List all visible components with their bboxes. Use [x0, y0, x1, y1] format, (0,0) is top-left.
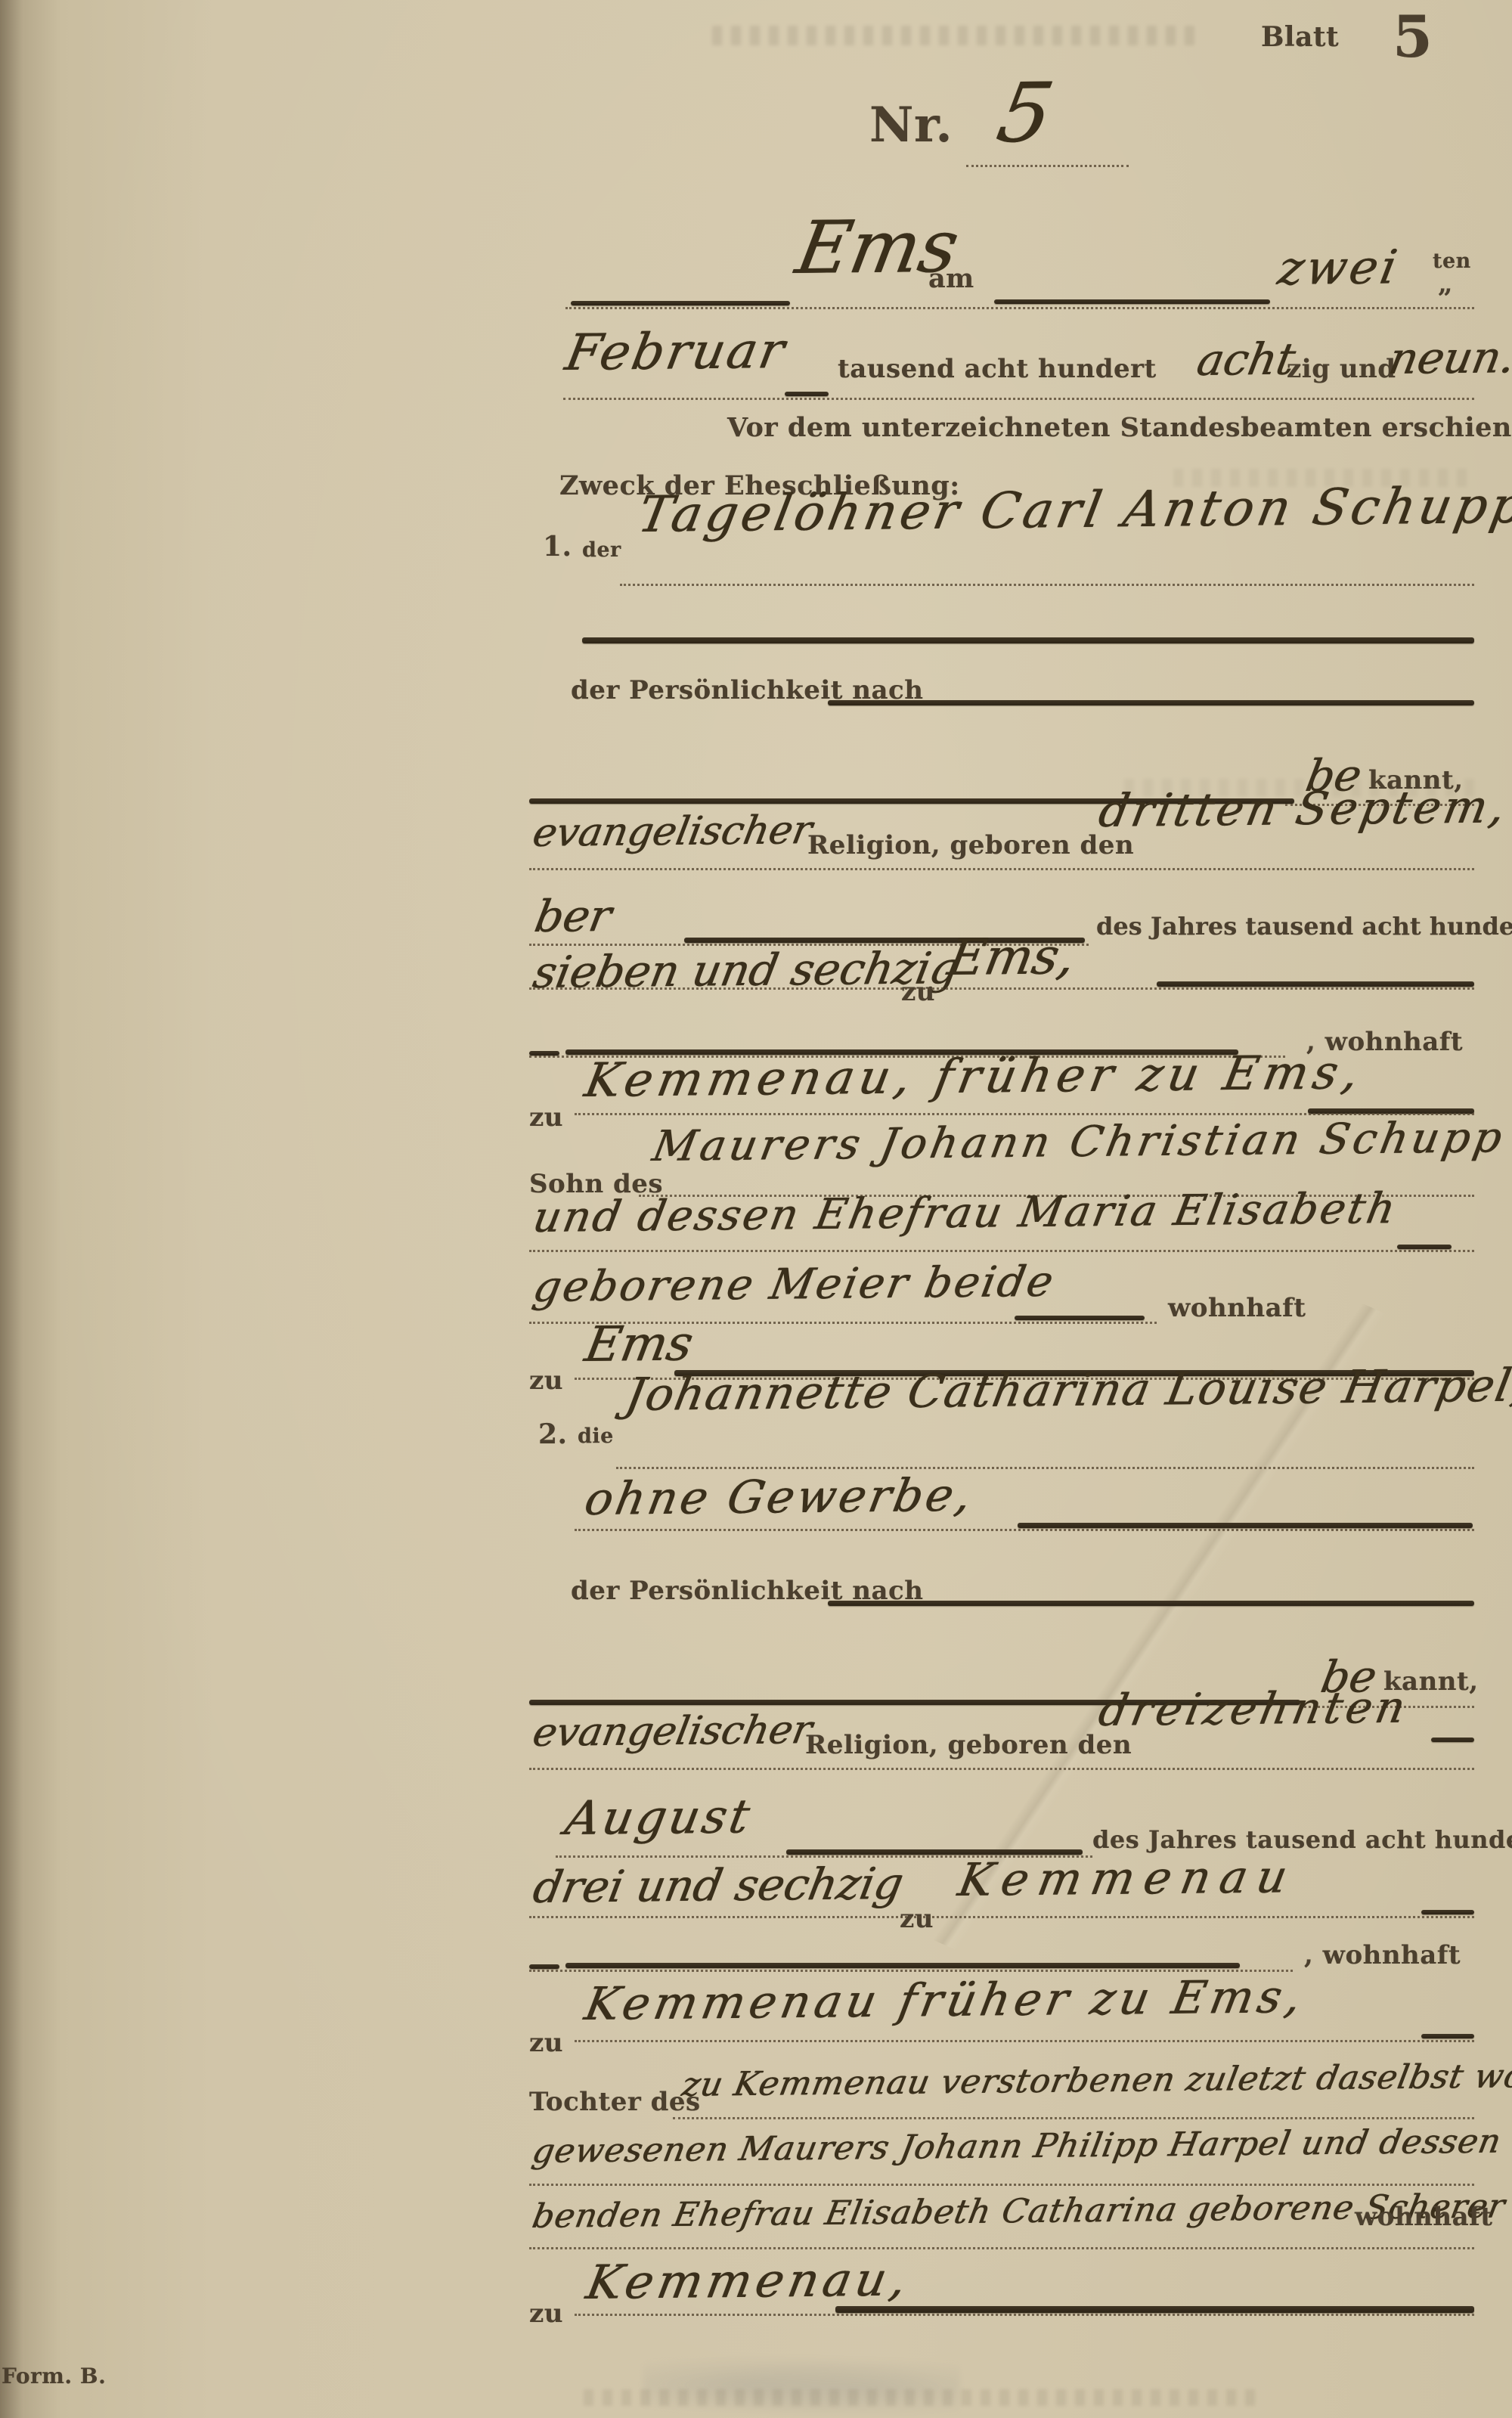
- blank-stroke: [1015, 1316, 1145, 1320]
- groom-birth-day: dritten Septem,: [1095, 780, 1512, 838]
- dateline-rule2: [563, 398, 1474, 400]
- groom-zu-label2: zu: [529, 1102, 563, 1133]
- blank-stroke: [828, 1601, 1474, 1606]
- form-rule: [575, 1529, 1474, 1531]
- bleed-through-mark: [575, 2389, 1255, 2406]
- groom-residence: Kemmenau, früher zu Ems,: [581, 1044, 1368, 1108]
- blatt-number: 5: [1393, 3, 1433, 70]
- form-rule: [620, 584, 1474, 586]
- bride-residence: Kemmenau früher zu Ems,: [581, 1970, 1309, 2031]
- bride-zu-label1: zu: [900, 1904, 934, 1934]
- bride-mother-residence: Kemmenau,: [582, 2252, 915, 2310]
- blank-stroke: [529, 1964, 559, 1969]
- dateline-day: zwei: [1274, 239, 1404, 296]
- groom-jahres-label: des Jahres tausend acht hundert: [1096, 912, 1512, 941]
- groom-index: 1.: [543, 531, 572, 563]
- dateline-am-label: am: [928, 263, 974, 294]
- bride-birth-year: drei und sechzig: [529, 1858, 907, 1913]
- bride-article: die: [578, 1424, 614, 1448]
- dateline-zigund-label: zig und: [1287, 354, 1396, 384]
- form-rule: [529, 1768, 1474, 1770]
- bride-birth-place: Kemmenau: [954, 1850, 1301, 1907]
- form-rule: [529, 987, 1474, 990]
- groom-birth-place: Ems,: [943, 927, 1080, 987]
- blank-stroke: [1421, 2034, 1474, 2038]
- form-rule: [529, 2184, 1474, 2186]
- form-number-label: Form. B.: [2, 2364, 106, 2389]
- blank-stroke: [582, 637, 1474, 643]
- dateline-month: Februar: [561, 321, 791, 382]
- blank-stroke: [828, 700, 1474, 705]
- form-rule: [529, 2247, 1474, 2249]
- bride-jahres-label: des Jahres tausend acht hundert: [1092, 1825, 1512, 1854]
- bride-wohnhaft-label1: , wohnhaft: [1304, 1940, 1461, 1970]
- groom-religion: evangelischer: [529, 808, 816, 856]
- bride-birth-month: August: [561, 1788, 757, 1846]
- form-rule: [529, 1250, 1474, 1252]
- dateline-tausend-label: tausend acht hundert: [838, 354, 1157, 384]
- blank-stroke: [994, 299, 1270, 304]
- dateline-rule: [565, 307, 1474, 309]
- bride-zu-label3: zu: [529, 2299, 563, 2329]
- record-number-value: 5: [990, 66, 1060, 161]
- form-rule: [616, 1467, 1474, 1469]
- form-rule: [575, 2040, 1474, 2042]
- dateline-quote-mark: „: [1438, 269, 1453, 299]
- blank-stroke: [1421, 1910, 1474, 1914]
- bride-tochter-label: Tochter des: [529, 2087, 701, 2117]
- groom-mother2: geborene Meier beide: [529, 1257, 1059, 1312]
- record-number-label: Nr.: [869, 97, 953, 153]
- form-rule: [673, 2117, 1474, 2119]
- intro-line1: Vor dem unterzeichneten Standesbeamten e…: [727, 412, 1512, 443]
- groom-mother1: und dessen Ehefrau Maria Elisabeth: [529, 1184, 1401, 1242]
- blank-stroke: [835, 2306, 1474, 2313]
- bride-birth-day: dreizehnten: [1095, 1682, 1413, 1736]
- groom-religion-label: Religion, geboren den: [807, 830, 1134, 860]
- bride-father-line1: zu Kemmenau verstorbenen zuletzt daselbs…: [679, 2056, 1512, 2104]
- dateline-unit: neun.: [1385, 331, 1512, 384]
- bride-occupation: ohne Gewerbe,: [581, 1469, 978, 1526]
- marriage-record-page: Blatt 5 Nr. 5 Ems am zwei ten „ Februar …: [0, 0, 1512, 2418]
- blank-stroke: [571, 301, 790, 305]
- bleed-through-stamp: [643, 2351, 960, 2418]
- blank-stroke: [1018, 1523, 1473, 1528]
- bride-wohnhaft-label2: wohnhaft: [1355, 2202, 1492, 2232]
- bride-index: 2.: [538, 1418, 568, 1450]
- groom-zu-label1: zu: [901, 977, 935, 1007]
- groom-article: der: [582, 538, 621, 562]
- groom-father: Maurers Johann Christian Schupp: [649, 1113, 1509, 1171]
- blank-stroke: [565, 1963, 1240, 1968]
- bleed-through-mark: [711, 26, 1194, 45]
- dateline-decade: acht: [1193, 333, 1299, 386]
- bride-father-line2: gewesenen Maurers Johann Philipp Harpel …: [529, 2121, 1512, 2171]
- groom-birth-day2: ber: [531, 890, 615, 942]
- form-rule: [529, 1916, 1474, 1918]
- blank-stroke: [1431, 1738, 1474, 1742]
- record-number-rule: [966, 165, 1129, 167]
- groom-zu-label3: zu: [529, 1366, 563, 1396]
- groom-parents-residence: Ems: [581, 1316, 697, 1373]
- blank-stroke: [1157, 981, 1474, 987]
- blatt-label: Blatt: [1261, 21, 1339, 53]
- form-rule: [529, 868, 1474, 870]
- blank-stroke: [1397, 1245, 1452, 1249]
- bride-religion: evangelischer: [529, 1707, 816, 1756]
- blank-stroke: [785, 392, 829, 396]
- groom-name: Tagelöhner Carl Anton Schupp,: [634, 476, 1512, 544]
- bride-name: Johannette Catharina Louise Harpel,: [621, 1359, 1512, 1421]
- groom-wohnhaft-label2: wohnhaft: [1168, 1293, 1306, 1323]
- bride-zu-label2: zu: [529, 2028, 563, 2058]
- bride-religion-label: Religion, geboren den: [805, 1730, 1132, 1760]
- form-rule: [575, 2314, 1474, 2316]
